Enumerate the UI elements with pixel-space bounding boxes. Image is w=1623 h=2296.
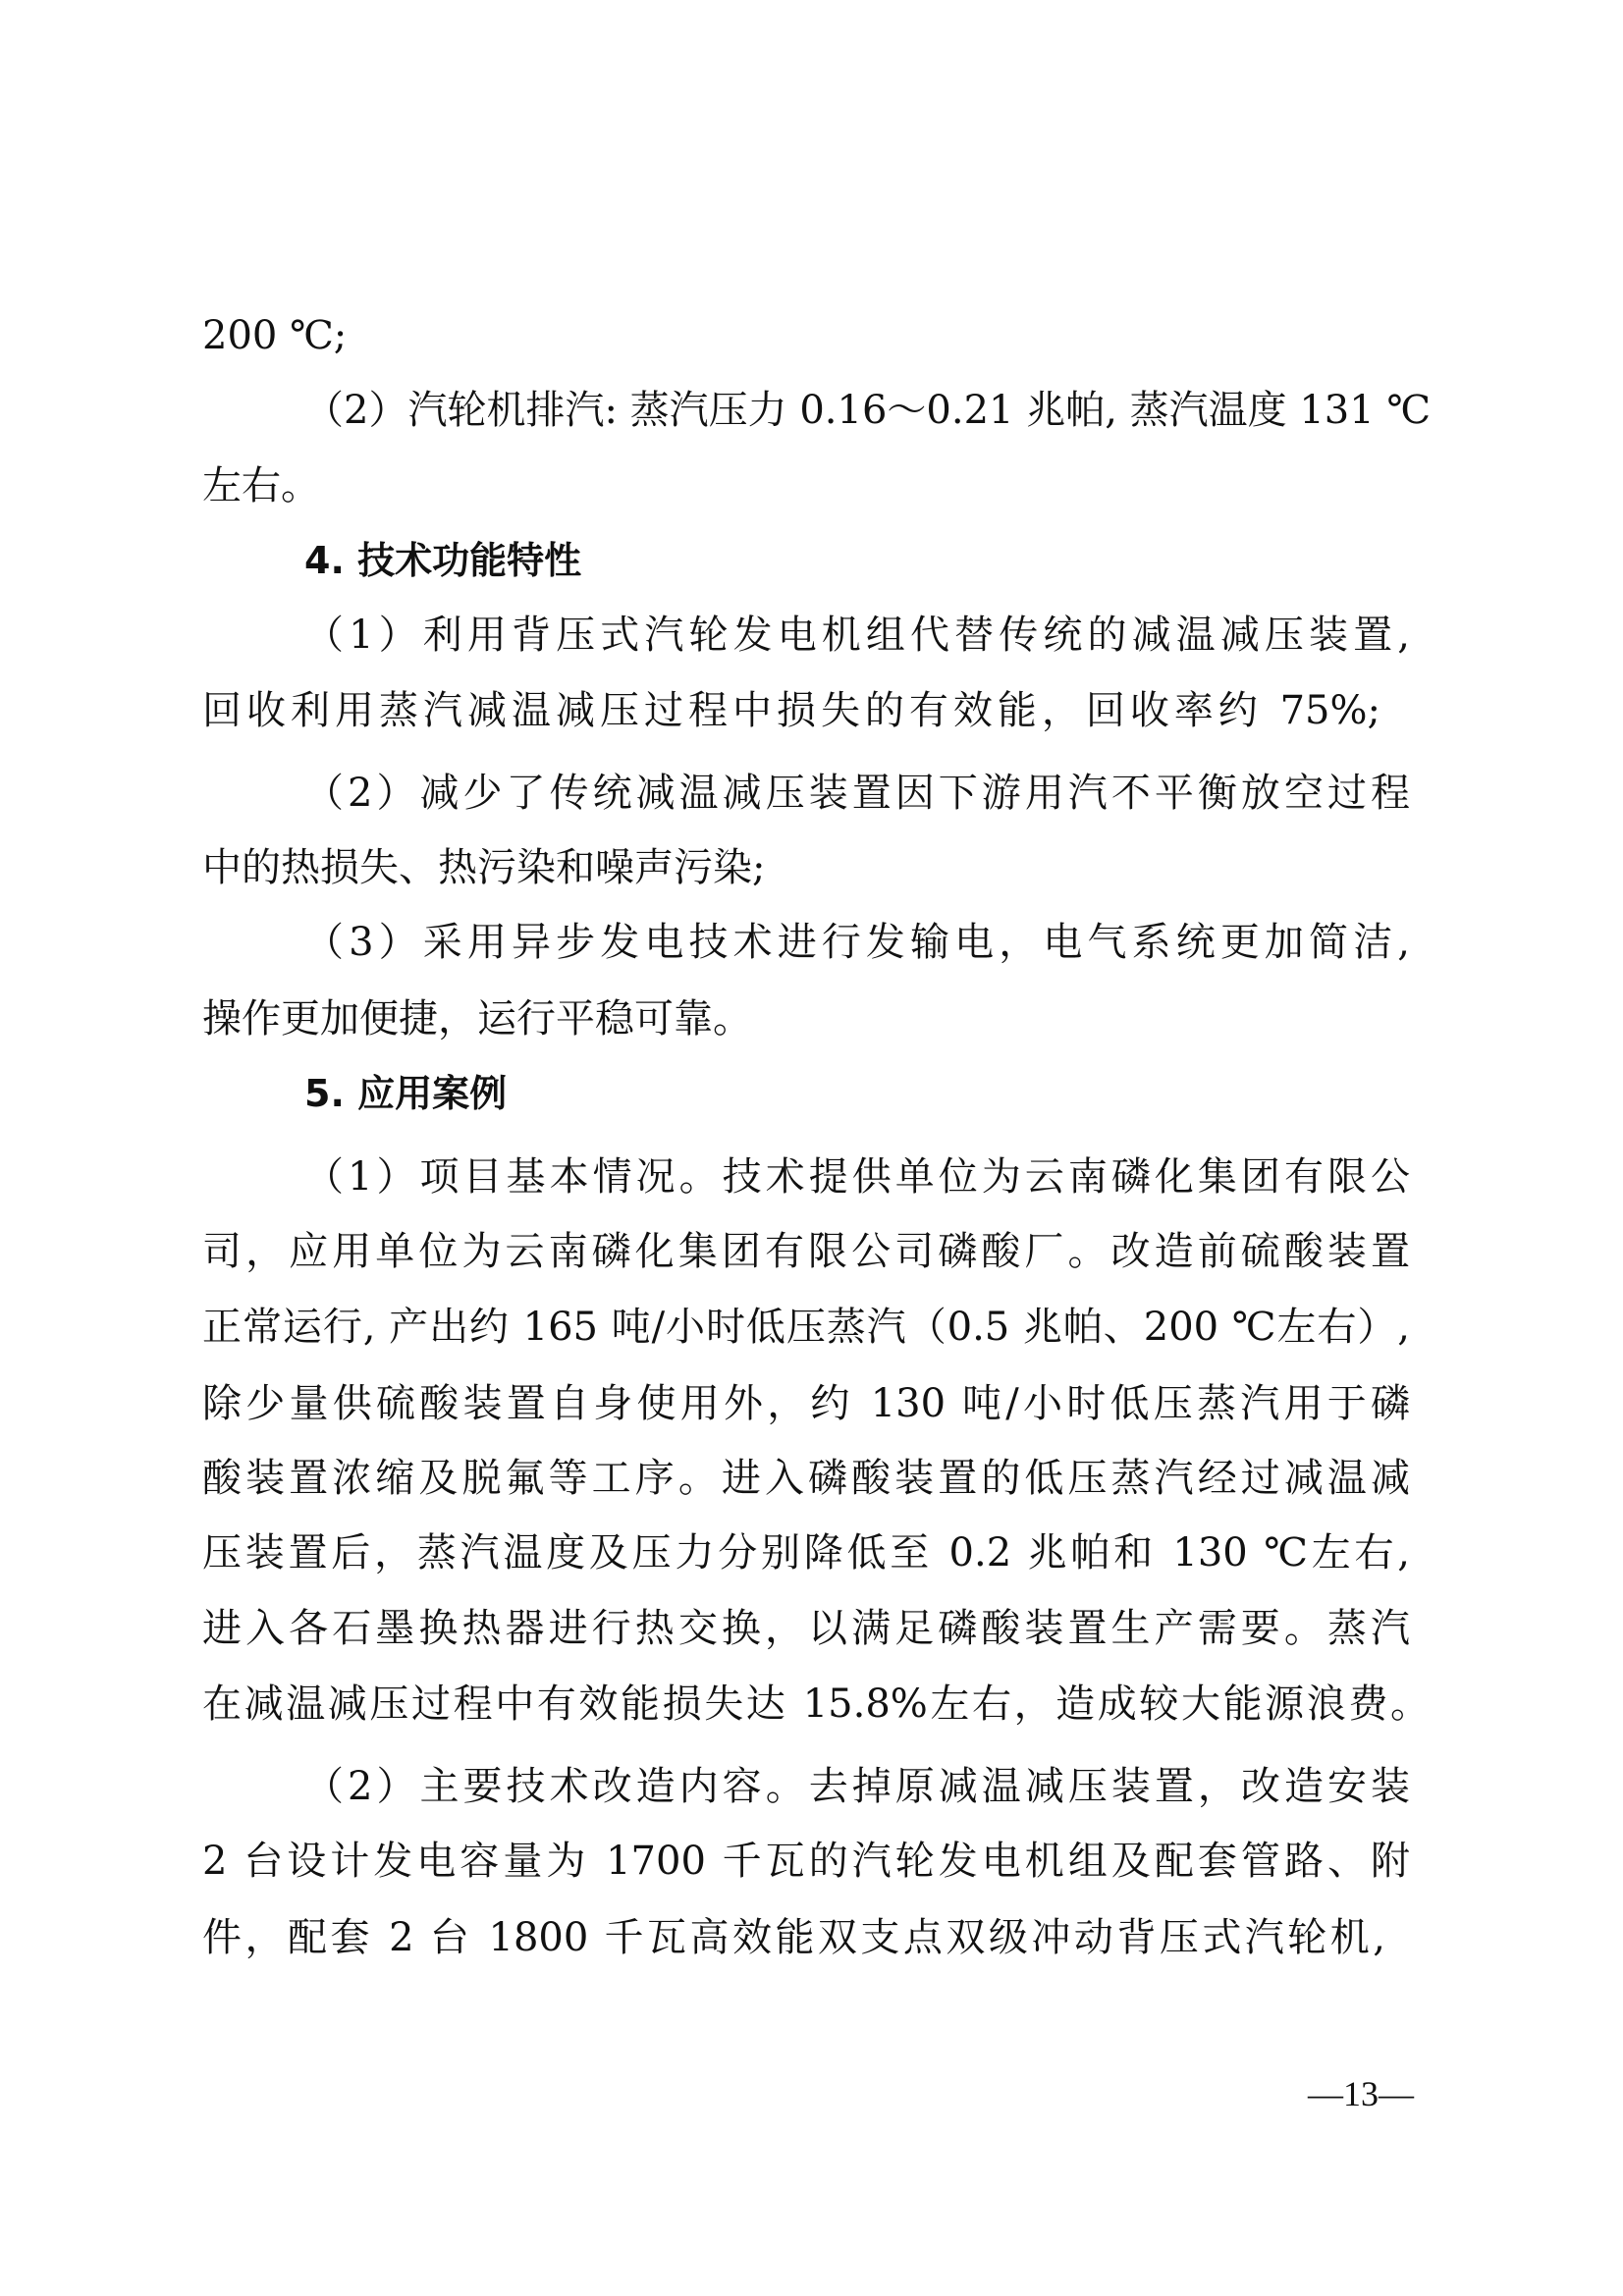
paragraph-line: 正常运行, 产出约 165 吨/小时低压蒸汽（0.5 兆帕、200 ℃左右）,: [202, 1300, 1410, 1355]
paragraph-line: 左右。: [202, 458, 1410, 513]
section-heading-technical-features: 4. 技术功能特性: [304, 533, 1410, 588]
paragraph-line: （2）汽轮机排汽: 蒸汽压力 0.16～0.21 兆帕, 蒸汽温度 131 ℃: [304, 383, 1410, 438]
paragraph-line: 200 ℃;: [202, 308, 1410, 363]
paragraph-line: （3）采用异步发电技术进行发输电，电气系统更加简洁,: [304, 915, 1410, 970]
document-page: 200 ℃; （2）汽轮机排汽: 蒸汽压力 0.16～0.21 兆帕, 蒸汽温度…: [0, 0, 1623, 2296]
paragraph-line: 中的热损失、热污染和噪声污染;: [202, 840, 1410, 895]
paragraph-line: 除少量供硫酸装置自身使用外，约 130 吨/小时低压蒸汽用于磷: [202, 1376, 1410, 1431]
paragraph-line: 进入各石墨换热器进行热交换，以满足磷酸装置生产需要。蒸汽: [202, 1601, 1410, 1656]
paragraph-line: 压装置后，蒸汽温度及压力分别降低至 0.2 兆帕和 130 ℃左右,: [202, 1525, 1410, 1580]
section-heading-application-case: 5. 应用案例: [304, 1066, 1410, 1121]
page-number: —13—: [1276, 2069, 1414, 2118]
paragraph-line: 在减温减压过程中有效能损失达 15.8%左右，造成较大能源浪费。: [202, 1677, 1430, 1732]
paragraph-line: 酸装置浓缩及脱氟等工序。进入磷酸装置的低压蒸汽经过减温减: [202, 1451, 1410, 1506]
paragraph-line: （1）项目基本情况。技术提供单位为云南磷化集团有限公: [304, 1149, 1410, 1204]
paragraph-line: 件，配套 2 台 1800 千瓦高效能双支点双级冲动背压式汽轮机,: [202, 1910, 1385, 1965]
paragraph-line: 2 台设计发电容量为 1700 千瓦的汽轮发电机组及配套管路、附: [202, 1834, 1410, 1889]
paragraph-line: （2）主要技术改造内容。去掉原减温减压装置，改造安装: [304, 1759, 1410, 1814]
paragraph-line: 操作更加便捷，运行平稳可靠。: [202, 991, 1410, 1046]
paragraph-line: （1）利用背压式汽轮发电机组代替传统的减温减压装置,: [304, 608, 1410, 663]
paragraph-line: 司，应用单位为云南磷化集团有限公司磷酸厂。改造前硫酸装置: [202, 1224, 1410, 1279]
paragraph-line: 回收利用蒸汽减温减压过程中损失的有效能，回收率约 75%;: [202, 683, 1380, 738]
paragraph-line: （2）减少了传统减温减压装置因下游用汽不平衡放空过程: [304, 766, 1410, 821]
